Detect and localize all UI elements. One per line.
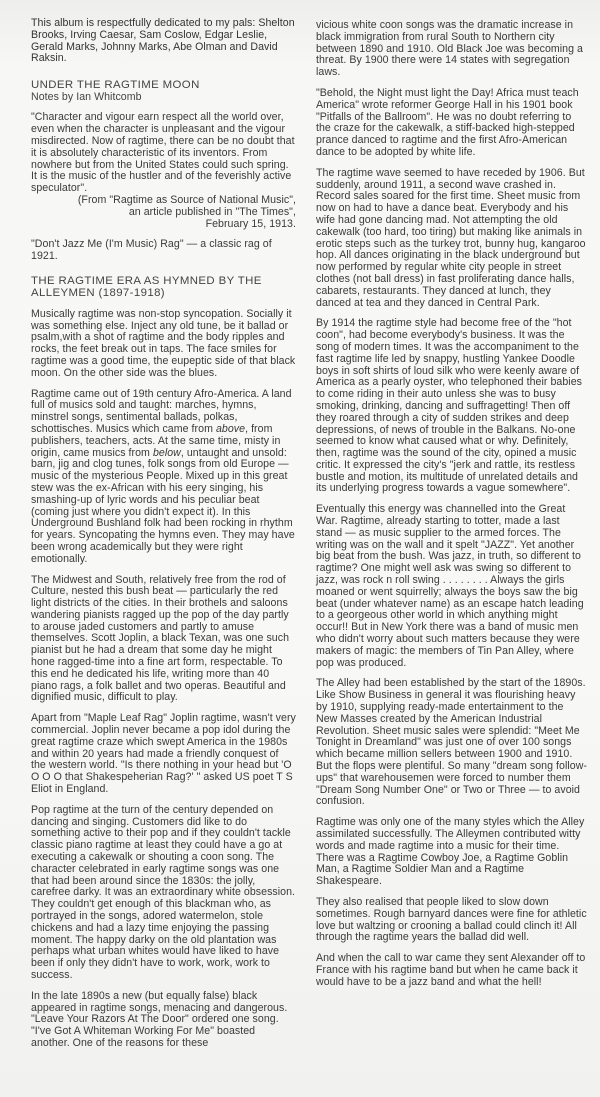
paragraph: vicious white coon songs was the dramati… — [316, 20, 587, 79]
section-heading: THE RAGTIME ERA AS HYMNED BY THE ALLEYME… — [31, 275, 296, 300]
paragraph: Ragtime came out of 19th century Afro-Am… — [31, 389, 296, 566]
attribution-line-3: February 15, 1913. — [31, 219, 296, 231]
attribution-line-1: (From "Ragtime as Source of National Mus… — [31, 195, 296, 207]
caption-text: "Don't Jazz Me (I'm Music) Rag" — a clas… — [31, 239, 296, 263]
attribution-line-2: an article published in "The Times", — [31, 207, 296, 219]
right-column: vicious white coon songs was the dramati… — [316, 20, 587, 998]
liner-notes-page: This album is respectfully dedicated to … — [0, 0, 600, 1097]
paragraph: Ragtime was only one of the many styles … — [316, 817, 587, 888]
quote-attribution: (From "Ragtime as Source of National Mus… — [31, 195, 296, 230]
paragraph: In the late 1890s a new (but equally fal… — [31, 991, 296, 1050]
emphasis-text: above — [216, 423, 245, 435]
paragraph: "Behold, the Night must light the Day! A… — [316, 88, 587, 159]
paragraph: By 1914 the ragtime style had become fre… — [316, 318, 587, 495]
article-title: UNDER THE RAGTIME MOON — [31, 79, 296, 91]
paragraph: And when the call to war came they sent … — [316, 953, 587, 988]
paragraph: They also realised that people liked to … — [316, 897, 587, 944]
paragraph: Eventually this energy was channelled in… — [316, 504, 587, 669]
paragraph: The Midwest and South, relatively free f… — [31, 575, 296, 705]
dedication-text: This album is respectfully dedicated to … — [31, 18, 296, 65]
left-column: This album is respectfully dedicated to … — [31, 18, 296, 1059]
paragraph: Apart from "Maple Leaf Rag" Joplin ragti… — [31, 713, 296, 796]
text-run: , untaught and unsold: barn, jig and clo… — [31, 447, 295, 565]
paragraph: Musically ragtime was non-stop syncopati… — [31, 309, 296, 380]
paragraph: Pop ragtime at the turn of the century d… — [31, 805, 296, 982]
paragraph: The ragtime wave seemed to have receded … — [316, 168, 587, 310]
emphasis-text: below — [153, 447, 181, 459]
epigraph-quote: "Character and vigour earn respect all t… — [31, 112, 296, 195]
byline: Notes by Ian Whitcomb — [31, 92, 296, 104]
paragraph: The Alley had been established by the st… — [316, 678, 587, 808]
